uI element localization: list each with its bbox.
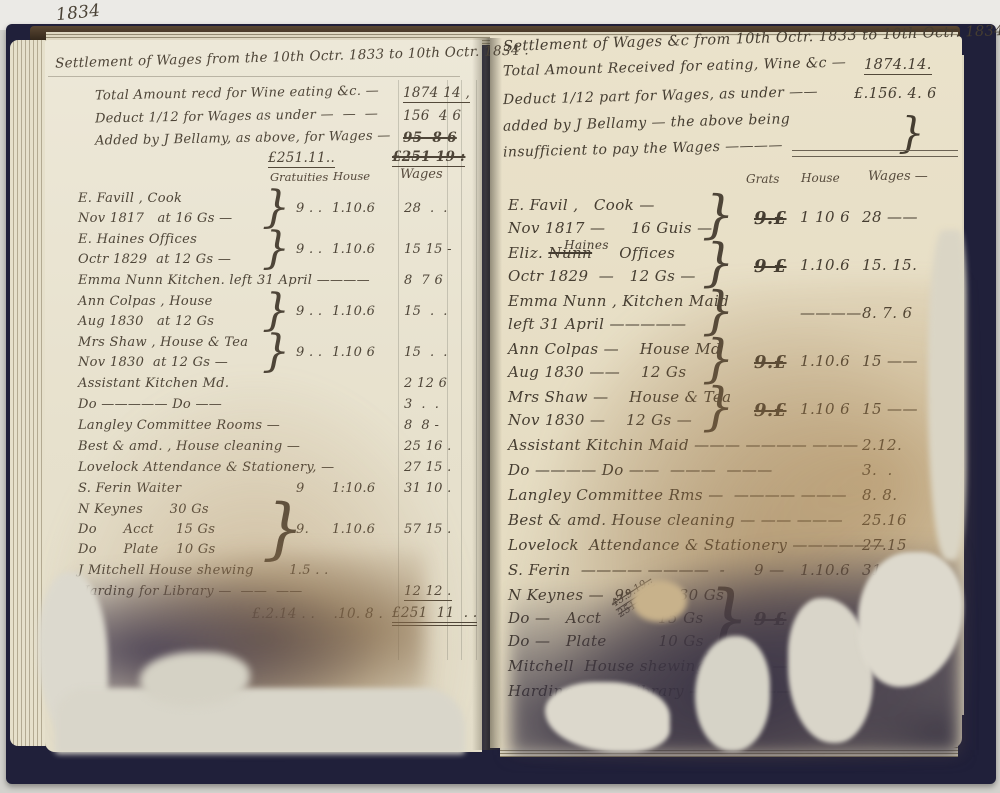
row-label: Do ———— Do —— ——— ——— — [508, 461, 773, 479]
table-row: N Keynes — 9° 30 GsDo — Acct 15 GsDo — P… — [0, 586, 1000, 655]
table-row: Emma Nunn , Kitchen Maidleft 31 April ——… — [0, 292, 1000, 338]
table-row: Mrs Shaw — House & TeaNov 1830 — 12 Gs —… — [0, 388, 1000, 434]
wages-amount: 8. 8. — [862, 486, 897, 504]
table-row: Assistant Kitchin Maid ——— ———— ———2.12. — [0, 436, 1000, 459]
row-label: Nov 1817 — 16 Guis — — [508, 219, 713, 237]
gratuity-amount: 9 — — [754, 561, 785, 579]
row-brace: } — [702, 193, 734, 239]
row-label: Mrs Shaw — House & Tea — [508, 388, 731, 406]
row-brace: } — [702, 583, 750, 652]
row-label: Aug 1830 —— 12 Gs — [508, 363, 686, 381]
house-amount: 1.10 6 — [800, 609, 850, 627]
right-wage-table: E. Favil , Cook —Nov 1817 — 16 Guis —}9.… — [0, 0, 1000, 793]
gratuity-amount: 9.£ — [754, 400, 787, 421]
gratuity-amount: 9 £ — [754, 609, 787, 630]
row-label: Octr 1829 — 12 Gs — — [508, 267, 696, 285]
wages-amount: 15. 15. — [862, 256, 917, 274]
row-label: left 31 April ————— — [508, 315, 686, 333]
row-label: Langley Committee Rms — ———— ——— — [508, 486, 847, 504]
row-label: E. Favil , Cook — — [508, 196, 655, 214]
row-label: Harding —— Library — ——— ——— — [508, 682, 807, 700]
wages-amount: 57 . — [862, 609, 892, 627]
row-label: Assistant Kitchin Maid ——— ———— ——— — [508, 436, 858, 454]
manuscript-photo: 1834 Settlement of Wages from the 10th O… — [0, 0, 1000, 793]
row-brace: } — [702, 385, 734, 431]
house-amount: 1.10 6 — [800, 400, 850, 418]
wages-amount: 2.12. — [862, 436, 902, 454]
wages-amount: 15 —— — [862, 352, 918, 370]
total-amount: £251 11 . . — [392, 605, 477, 626]
row-label: Mitchell House shewing — —— —— — [508, 657, 803, 675]
wages-amount: 28 —— — [862, 208, 918, 226]
row-label: Do — Acct 15 Gs — [508, 609, 704, 627]
wages-amount: 1. 5 — [862, 657, 892, 675]
table-row: Langley Committee Rms — ———— ———8. 8. — [0, 486, 1000, 509]
row-label: Best & amd. House cleaning — —— ——— — [508, 511, 843, 529]
table-row: Harding —— Library — ——— ——— — [0, 682, 1000, 705]
row-label: Emma Nunn , Kitchen Maid — [508, 292, 729, 310]
gratuity-amount: 9.£ — [754, 352, 787, 373]
wages-amount: 31.10 — [862, 561, 907, 579]
house-amount: 1.10.6 — [800, 256, 850, 274]
house-amount: ———— — [800, 304, 862, 322]
gratuity-amount: 9 £ — [754, 256, 787, 277]
wages-amount: 25.16 — [862, 511, 907, 529]
table-row: Octr 1829 — 12 Gs —Eliz. NunnHaines Offi… — [0, 244, 1000, 290]
row-brace: } — [702, 289, 734, 335]
wages-amount: 3. . — [862, 461, 893, 479]
house-amount: 1.10.6 — [800, 561, 850, 579]
house-amount: 1.10.6 — [800, 352, 850, 370]
table-row: Lovelock Attendance & Stationery ——————2… — [0, 536, 1000, 559]
row-brace: } — [702, 337, 734, 383]
table-row: Mitchell House shewing — —— ——1. 5 — [0, 657, 1000, 680]
name-pre: Eliz. — [508, 244, 548, 262]
row-label: Ann Colpas — House Md — [508, 340, 721, 358]
table-row: E. Favil , Cook —Nov 1817 — 16 Guis —}9.… — [0, 196, 1000, 242]
name-post: Offices — [609, 244, 675, 262]
total-casts: £.2.14 . . .10. 8 . — [252, 606, 383, 622]
wages-amount: 8. 7. 6 — [862, 304, 913, 322]
name-inserted-above: Haines — [564, 238, 609, 252]
table-row: S. Ferin ———— ———— -9 —1.10.631.10 — [0, 561, 1000, 584]
row-label-corrected: Eliz. NunnHaines Offices — [508, 244, 675, 262]
row-label: Do — Plate 10 Gs — [508, 632, 704, 650]
wages-amount: 15 —— — [862, 400, 918, 418]
house-amount: 1 10 6 — [800, 208, 850, 226]
table-row: Best & amd. House cleaning — —— ———25.16 — [0, 511, 1000, 534]
wages-amount: 27.15 — [862, 536, 907, 554]
gratuity-amount: 9.£ — [754, 208, 787, 229]
row-label: Lovelock Attendance & Stationery —————— — [508, 536, 885, 554]
row-label: S. Ferin ———— ———— - — [508, 561, 725, 579]
table-row: Do ———— Do —— ——— ———3. . — [0, 461, 1000, 484]
table-row: Ann Colpas — House MdAug 1830 —— 12 Gs}9… — [0, 340, 1000, 386]
row-brace: } — [702, 241, 734, 287]
row-label: Nov 1830 — 12 Gs — — [508, 411, 692, 429]
